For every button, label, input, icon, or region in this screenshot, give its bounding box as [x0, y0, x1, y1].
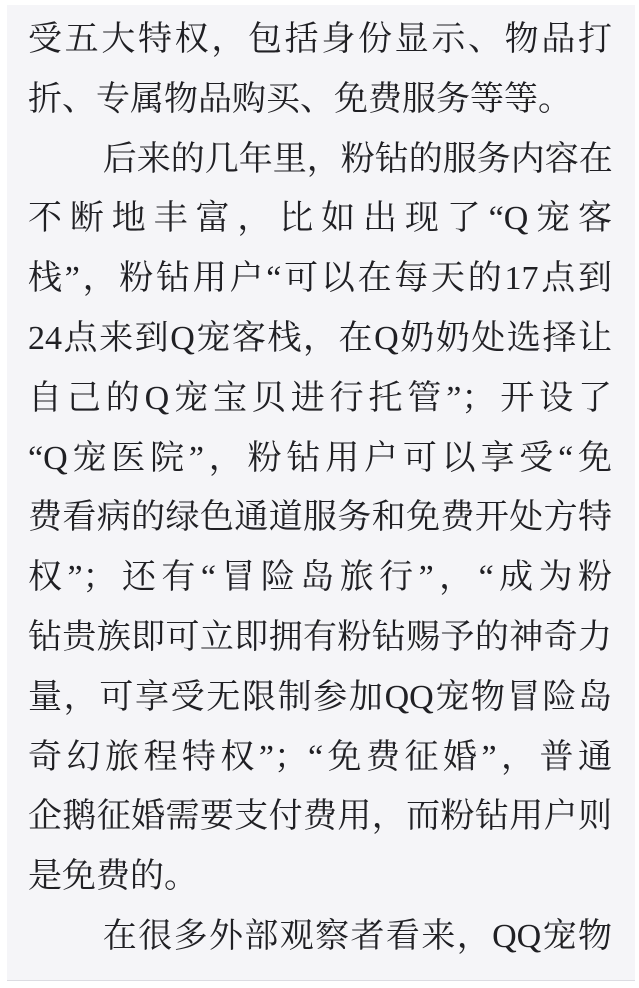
text-line: 自己的Q宠宝贝进行托管”；开设了	[28, 369, 612, 429]
text-line: 是免费的。	[28, 847, 612, 907]
text-line: 折、专属物品购买、免费服务等等。	[28, 70, 612, 130]
text-line: 权”；还有“冒险岛旅行”，“成为粉	[28, 548, 612, 608]
text-line: 24点来到Q宠客栈，在Q奶奶处选择让	[28, 309, 612, 369]
text-line: “Q宠医院”，粉钻用户可以享受“免	[28, 429, 612, 489]
text-line: 钻贵族即可立即拥有粉钻赐予的神奇力	[28, 608, 612, 668]
text-line: 企鹅征婚需要支付费用，而粉钻用户则	[28, 787, 612, 847]
text-line: 奇幻旅程特权”；“免费征婚”，普通	[28, 728, 612, 788]
text-line: 量，可享受无限制参加QQ宠物冒险岛	[28, 668, 612, 728]
reader-page[interactable]: 受五大特权，包括身份显示、物品打 折、专属物品购买、免费服务等等。 后来的几年里…	[7, 5, 635, 981]
text-line: 栈”，粉钻用户“可以在每天的17点到	[28, 249, 612, 309]
text-line: 受五大特权，包括身份显示、物品打	[28, 10, 612, 70]
text-line: 后来的几年里，粉钻的服务内容在	[28, 130, 612, 190]
text-line: 不断地丰富，比如出现了“Q宠客	[28, 189, 612, 249]
text-line: 费看病的绿色通道服务和免费开处方特	[28, 488, 612, 548]
text-line: 在很多外部观察者看来，QQ宠物	[28, 907, 612, 967]
